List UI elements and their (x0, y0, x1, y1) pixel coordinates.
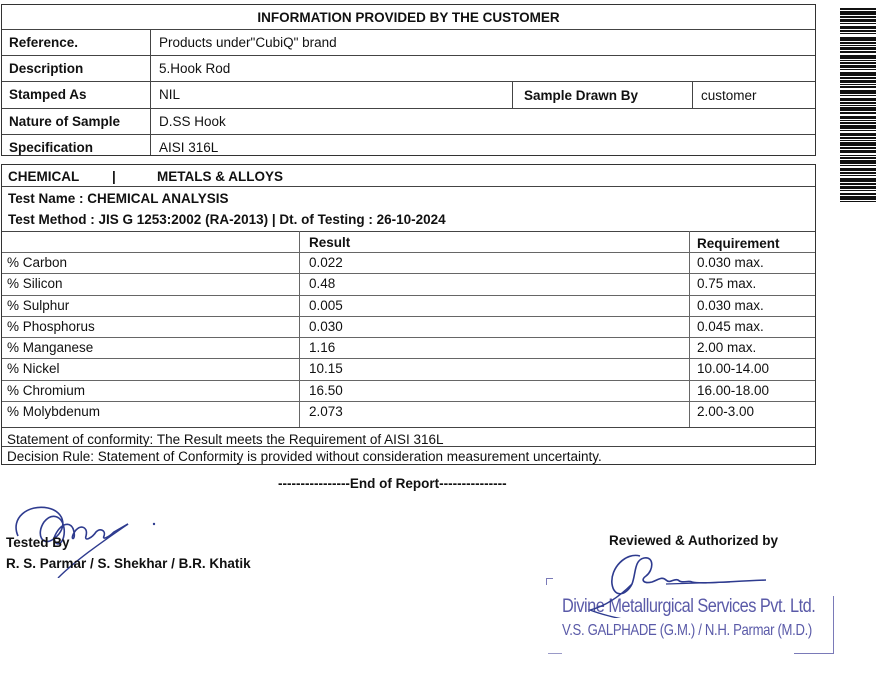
requirement-cell: 0.030 max. (697, 299, 764, 313)
test-subcategory: METALS & ALLOYS (157, 170, 283, 184)
stamp-signatory-names: V.S. GALPHADE (G.M.) / N.H. Parmar (M.D.… (562, 622, 812, 640)
tested-by-label: Tested By (6, 536, 70, 550)
test-method: Test Method : JIS G 1253:2002 (RA-2013) … (8, 213, 446, 227)
barcode (840, 8, 876, 458)
requirement-cell: 16.00-18.00 (697, 384, 769, 398)
requirement-cell: 0.75 max. (697, 277, 756, 291)
result-cell: 0.022 (309, 256, 343, 270)
result-cell: 0.030 (309, 320, 343, 334)
result-cell: 2.073 (309, 405, 343, 419)
requirement-cell: 0.045 max. (697, 320, 764, 334)
result-cell: 0.48 (309, 277, 335, 291)
element-cell: % Silicon (7, 277, 63, 291)
info-label: Stamped As (9, 88, 87, 102)
requirement-cell: 0.030 max. (697, 256, 764, 270)
info-label: Description (9, 62, 83, 76)
element-cell: % Carbon (7, 256, 67, 270)
column-header-result: Result (309, 236, 350, 250)
column-header-requirement: Requirement (697, 237, 780, 251)
end-of-report: ----------------End of Report-----------… (278, 477, 507, 491)
info-label: Reference. (9, 36, 78, 50)
result-cell: 10.15 (309, 362, 343, 376)
test-results-table: CHEMICAL | METALS & ALLOYS Test Name : C… (1, 164, 816, 465)
element-cell: % Phosphorus (7, 320, 95, 334)
sample-drawn-by-label: Sample Drawn By (524, 89, 638, 103)
decision-rule: Decision Rule: Statement of Conformity i… (7, 450, 602, 464)
result-cell: 1.16 (309, 341, 335, 355)
sample-drawn-by-value: customer (701, 89, 757, 103)
statement-of-conformity: Statement of conformity: The Result meet… (7, 433, 443, 447)
reviewed-authorized-label: Reviewed & Authorized by (609, 534, 778, 548)
info-label: Nature of Sample (9, 115, 120, 129)
element-cell: % Manganese (7, 341, 93, 355)
info-value: Products under"CubiQ" brand (159, 36, 337, 50)
info-value: AISI 316L (159, 141, 218, 155)
info-label: Specification (9, 141, 93, 155)
result-cell: 16.50 (309, 384, 343, 398)
element-cell: % Chromium (7, 384, 85, 398)
result-cell: 0.005 (309, 299, 343, 313)
customer-info-table: INFORMATION PROVIDED BY THE CUSTOMER Ref… (1, 4, 816, 156)
tested-by-names: R. S. Parmar / S. Shekhar / B.R. Khatik (6, 557, 251, 571)
customer-info-heading: INFORMATION PROVIDED BY THE CUSTOMER (2, 11, 815, 25)
test-category: CHEMICAL (8, 170, 79, 184)
reviewer-signature-icon (570, 548, 770, 618)
info-value: NIL (159, 88, 180, 102)
test-name: Test Name : CHEMICAL ANALYSIS (8, 192, 229, 206)
requirement-cell: 2.00-3.00 (697, 405, 754, 419)
requirement-cell: 10.00-14.00 (697, 362, 769, 376)
category-separator: | (112, 170, 116, 184)
element-cell: % Nickel (7, 362, 60, 376)
info-value: 5.Hook Rod (159, 62, 230, 76)
info-value: D.SS Hook (159, 115, 226, 129)
requirement-cell: 2.00 max. (697, 341, 756, 355)
element-cell: % Sulphur (7, 299, 69, 313)
element-cell: % Molybdenum (7, 405, 100, 419)
